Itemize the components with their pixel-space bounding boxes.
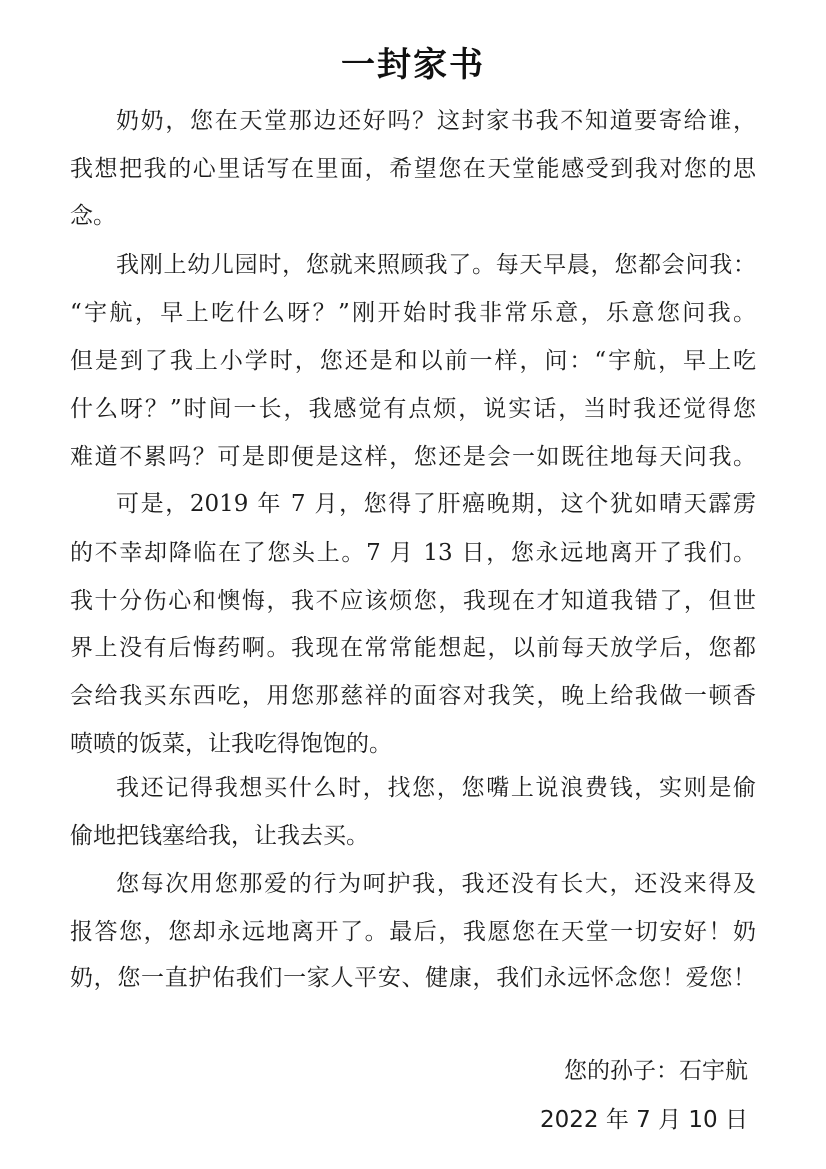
letter-title: 一封家书 (0, 38, 826, 92)
paragraph-1-line-1: 奶奶，您在天堂那边还好吗？这封家书我不知道要寄给谁， (116, 101, 756, 141)
paragraph-1-line-2: 我想把我的心里话写在里面，希望您在天堂能感受到我对您的思 (70, 149, 756, 189)
paragraph-5-line-1: 您每次用您那爱的行为呵护我，我还没有长大，还没来得及 (116, 864, 756, 904)
signature: 您的孙子：石宇航 (564, 1051, 748, 1091)
paragraph-1-line-3: 念。 (70, 196, 756, 236)
paragraph-3-line-2: 的不幸却降临在了您头上。7 月 13 日，您永远地离开了我们。 (70, 533, 756, 573)
paragraph-2-line-4: 什么呀？”时间一长，我感觉有点烦，说实话，当时我还觉得您 (70, 389, 756, 429)
paragraph-5-line-3: 奶，您一直护佑我们一家人平安、健康，我们永远怀念您！爱您！ (70, 958, 756, 998)
letter-page: 一封家书 奶奶，您在天堂那边还好吗？这封家书我不知道要寄给谁， 我想把我的心里话… (0, 0, 826, 1169)
paragraph-2-line-2: “宇航，早上吃什么呀？”刚开始时我非常乐意，乐意您问我。 (70, 293, 756, 333)
paragraph-2-line-3: 但是到了我上小学时，您还是和以前一样，问：“宇航，早上吃 (70, 341, 756, 381)
letter-date: 2022 年 7 月 10 日 (540, 1100, 748, 1140)
paragraph-3-line-3: 我十分伤心和懊悔，我不应该烦您，我现在才知道我错了，但世 (70, 581, 756, 621)
paragraph-3-line-6: 喷喷的饭菜，让我吃得饱饱的。 (70, 724, 756, 764)
paragraph-5-line-2: 报答您，您却永远地离开了。最后，我愿您在天堂一切安好！奶 (70, 912, 756, 952)
paragraph-2-line-1: 我刚上幼儿园时，您就来照顾我了。每天早晨，您都会问我： (116, 245, 756, 285)
paragraph-4-line-2: 偷地把钱塞给我，让我去买。 (70, 816, 756, 856)
paragraph-3-line-1: 可是，2019 年 7 月，您得了肝癌晚期，这个犹如晴天霹雳 (116, 484, 756, 524)
paragraph-4-line-1: 我还记得我想买什么时，找您，您嘴上说浪费钱，实则是偷 (116, 768, 756, 808)
paragraph-3-line-4: 界上没有后悔药啊。我现在常常能想起，以前每天放学后，您都 (70, 628, 756, 668)
paragraph-3-line-5: 会给我买东西吃，用您那慈祥的面容对我笑，晚上给我做一顿香 (70, 676, 756, 716)
paragraph-2-line-5: 难道不累吗？可是即便是这样，您还是会一如既往地每天问我。 (70, 437, 756, 477)
